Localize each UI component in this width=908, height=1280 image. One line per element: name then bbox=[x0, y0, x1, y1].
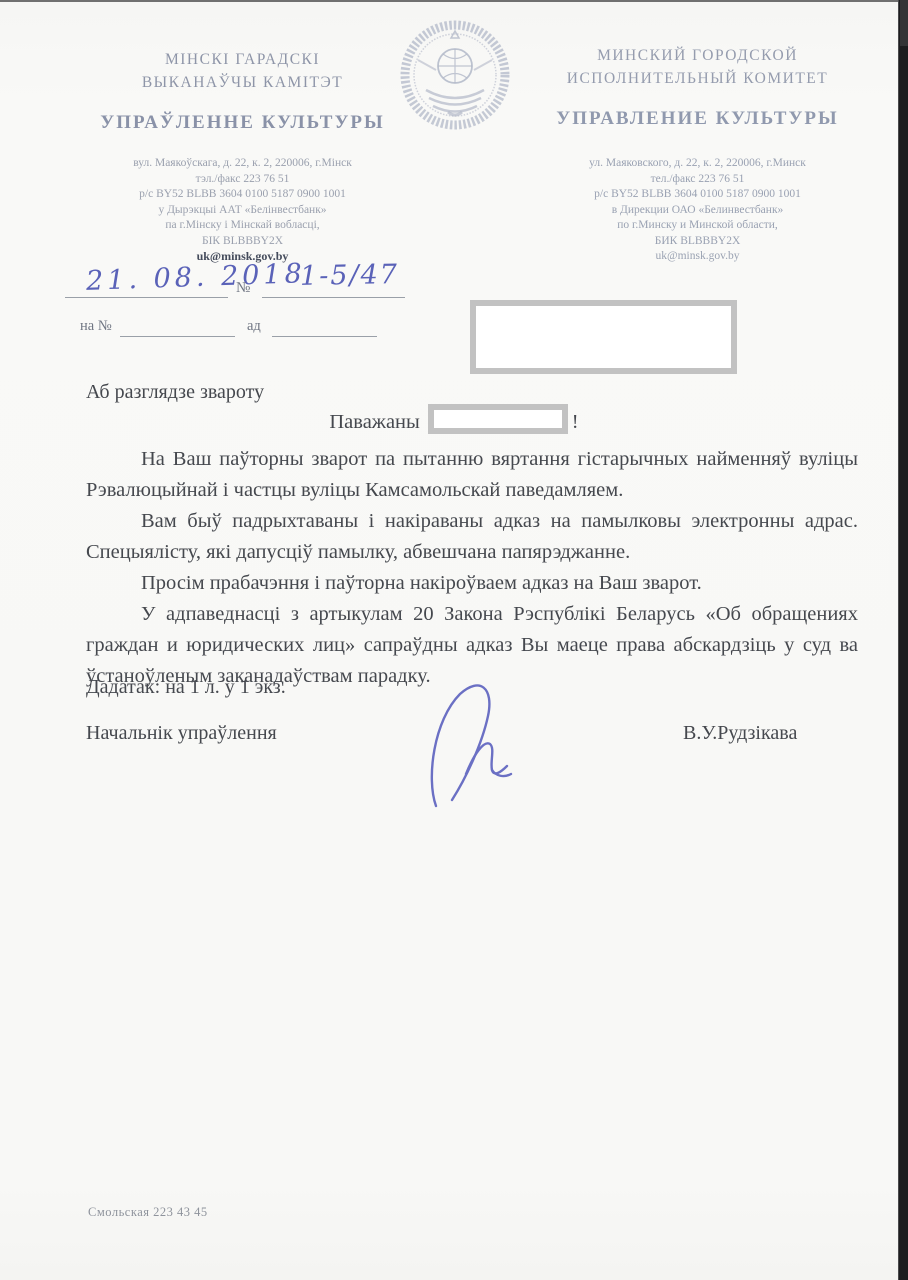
salutation-prefix: Паважаны bbox=[329, 411, 419, 433]
address-line: тэл./факс 223 76 51 bbox=[60, 172, 425, 188]
belarus-coat-of-arms-icon bbox=[396, 20, 514, 138]
number-underline bbox=[262, 297, 405, 298]
address-line: па г.Мінску і Мінскай вобласці, bbox=[60, 218, 425, 234]
paragraph: Вам быў падрыхтаваны і накіраваны адказ … bbox=[86, 506, 858, 568]
handwritten-signature bbox=[408, 678, 548, 813]
address-line: у Дырэкцыі ААТ «Белінвестбанк» bbox=[60, 203, 425, 219]
org-name-line: ВЫКАНАЎЧЫ КАМІТЭТ bbox=[70, 71, 415, 94]
signer-title: Начальнік упраўлення bbox=[86, 722, 277, 745]
org-name-line: МИНСКИЙ ГОРОДСКОЙ bbox=[515, 44, 880, 67]
paragraph: Просім прабачэння і паўторна накіроўваем… bbox=[86, 568, 858, 599]
address-line: в Дирекции ОАО «Белинвестбанк» bbox=[515, 203, 880, 219]
window-top-border bbox=[0, 0, 908, 2]
signer-name: В.У.Рудзікава bbox=[683, 722, 797, 745]
vertical-scrollbar[interactable] bbox=[898, 0, 908, 1280]
address-line: тел./факс 223 76 51 bbox=[515, 172, 880, 188]
on-number-label: на № bbox=[80, 318, 112, 335]
department-title-by: УПРАЎЛЕННЕ КУЛЬТУРЫ bbox=[70, 111, 415, 134]
email-address: uk@minsk.gov.by bbox=[515, 249, 880, 265]
letterhead-left-org: МІНСКІ ГАРАДСКІ ВЫКАНАЎЧЫ КАМІТЭТ УПРАЎЛ… bbox=[70, 48, 415, 134]
department-title-ru: УПРАВЛЕНИЕ КУЛЬТУРЫ bbox=[515, 107, 880, 130]
number-label: № bbox=[236, 280, 250, 297]
scanned-letter-page: МІНСКІ ГАРАДСКІ ВЫКАНАЎЧЫ КАМІТЭТ УПРАЎЛ… bbox=[0, 0, 908, 1280]
salutation-suffix: ! bbox=[572, 411, 579, 433]
letterhead-left-address: вул. Маякоўскага, д. 22, к. 2, 220006, г… bbox=[60, 156, 425, 265]
letter-body: На Ваш паўторны зварот па пытанню вяртан… bbox=[86, 444, 858, 692]
from-underline bbox=[272, 336, 377, 337]
salutation-line: Паважаны! bbox=[0, 404, 908, 434]
attachment-note: Дадатак: на 1 л. у 1 экз. bbox=[86, 676, 286, 699]
paragraph: На Ваш паўторны зварот па пытанню вяртан… bbox=[86, 444, 858, 506]
executor-phone-note: Смольская 223 43 45 bbox=[88, 1205, 208, 1220]
address-line: вул. Маякоўскага, д. 22, к. 2, 220006, г… bbox=[60, 156, 425, 172]
on-number-underline bbox=[120, 336, 235, 337]
letterhead-right-org: МИНСКИЙ ГОРОДСКОЙ ИСПОЛНИТЕЛЬНЫЙ КОМИТЕТ… bbox=[515, 44, 880, 130]
handwritten-date: 21. 08. 2018 bbox=[86, 258, 307, 297]
address-line: ул. Маяковского, д. 22, к. 2, 220006, г.… bbox=[515, 156, 880, 172]
address-line: р/с BY52 BLBB 3604 0100 5187 0900 1001 bbox=[515, 187, 880, 203]
address-line: БИК BLBBBY2X bbox=[515, 234, 880, 250]
org-name-line: МІНСКІ ГАРАДСКІ bbox=[70, 48, 415, 71]
letterhead-right-address: ул. Маяковского, д. 22, к. 2, 220006, г.… bbox=[515, 156, 880, 265]
org-name-line: ИСПОЛНИТЕЛЬНЫЙ КОМИТЕТ bbox=[515, 67, 880, 90]
address-line: р/с BY52 BLBB 3604 0100 5187 0900 1001 bbox=[60, 187, 425, 203]
address-line: по г.Минску и Минской области, bbox=[515, 218, 880, 234]
handwritten-number: 1-5/47 bbox=[300, 259, 399, 292]
name-redaction-box bbox=[428, 404, 568, 434]
address-line: БІК BLBBBY2X bbox=[60, 234, 425, 250]
addressee-redaction-box bbox=[470, 300, 737, 374]
date-underline bbox=[65, 297, 228, 298]
letter-subject: Аб разглядзе звароту bbox=[86, 381, 264, 404]
from-label: ад bbox=[247, 318, 261, 335]
scrollbar-thumb[interactable] bbox=[900, 0, 908, 46]
